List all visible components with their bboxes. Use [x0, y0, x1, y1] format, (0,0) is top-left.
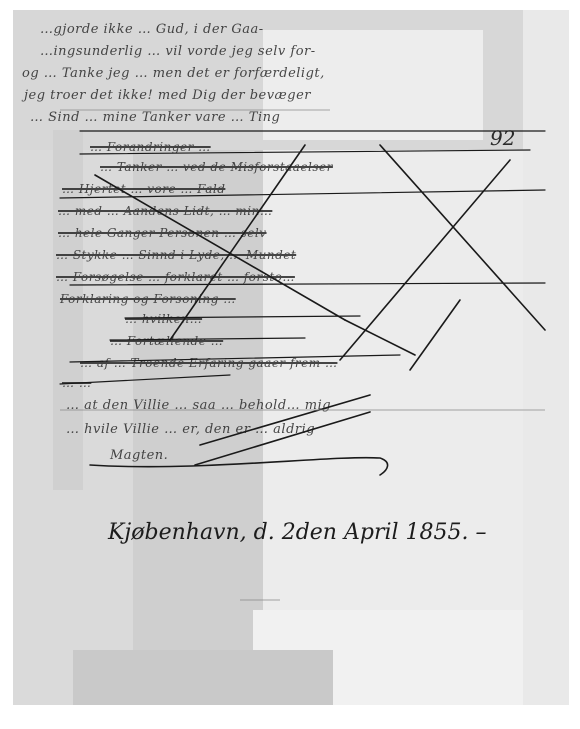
cancellation-strokes	[0, 0, 580, 729]
